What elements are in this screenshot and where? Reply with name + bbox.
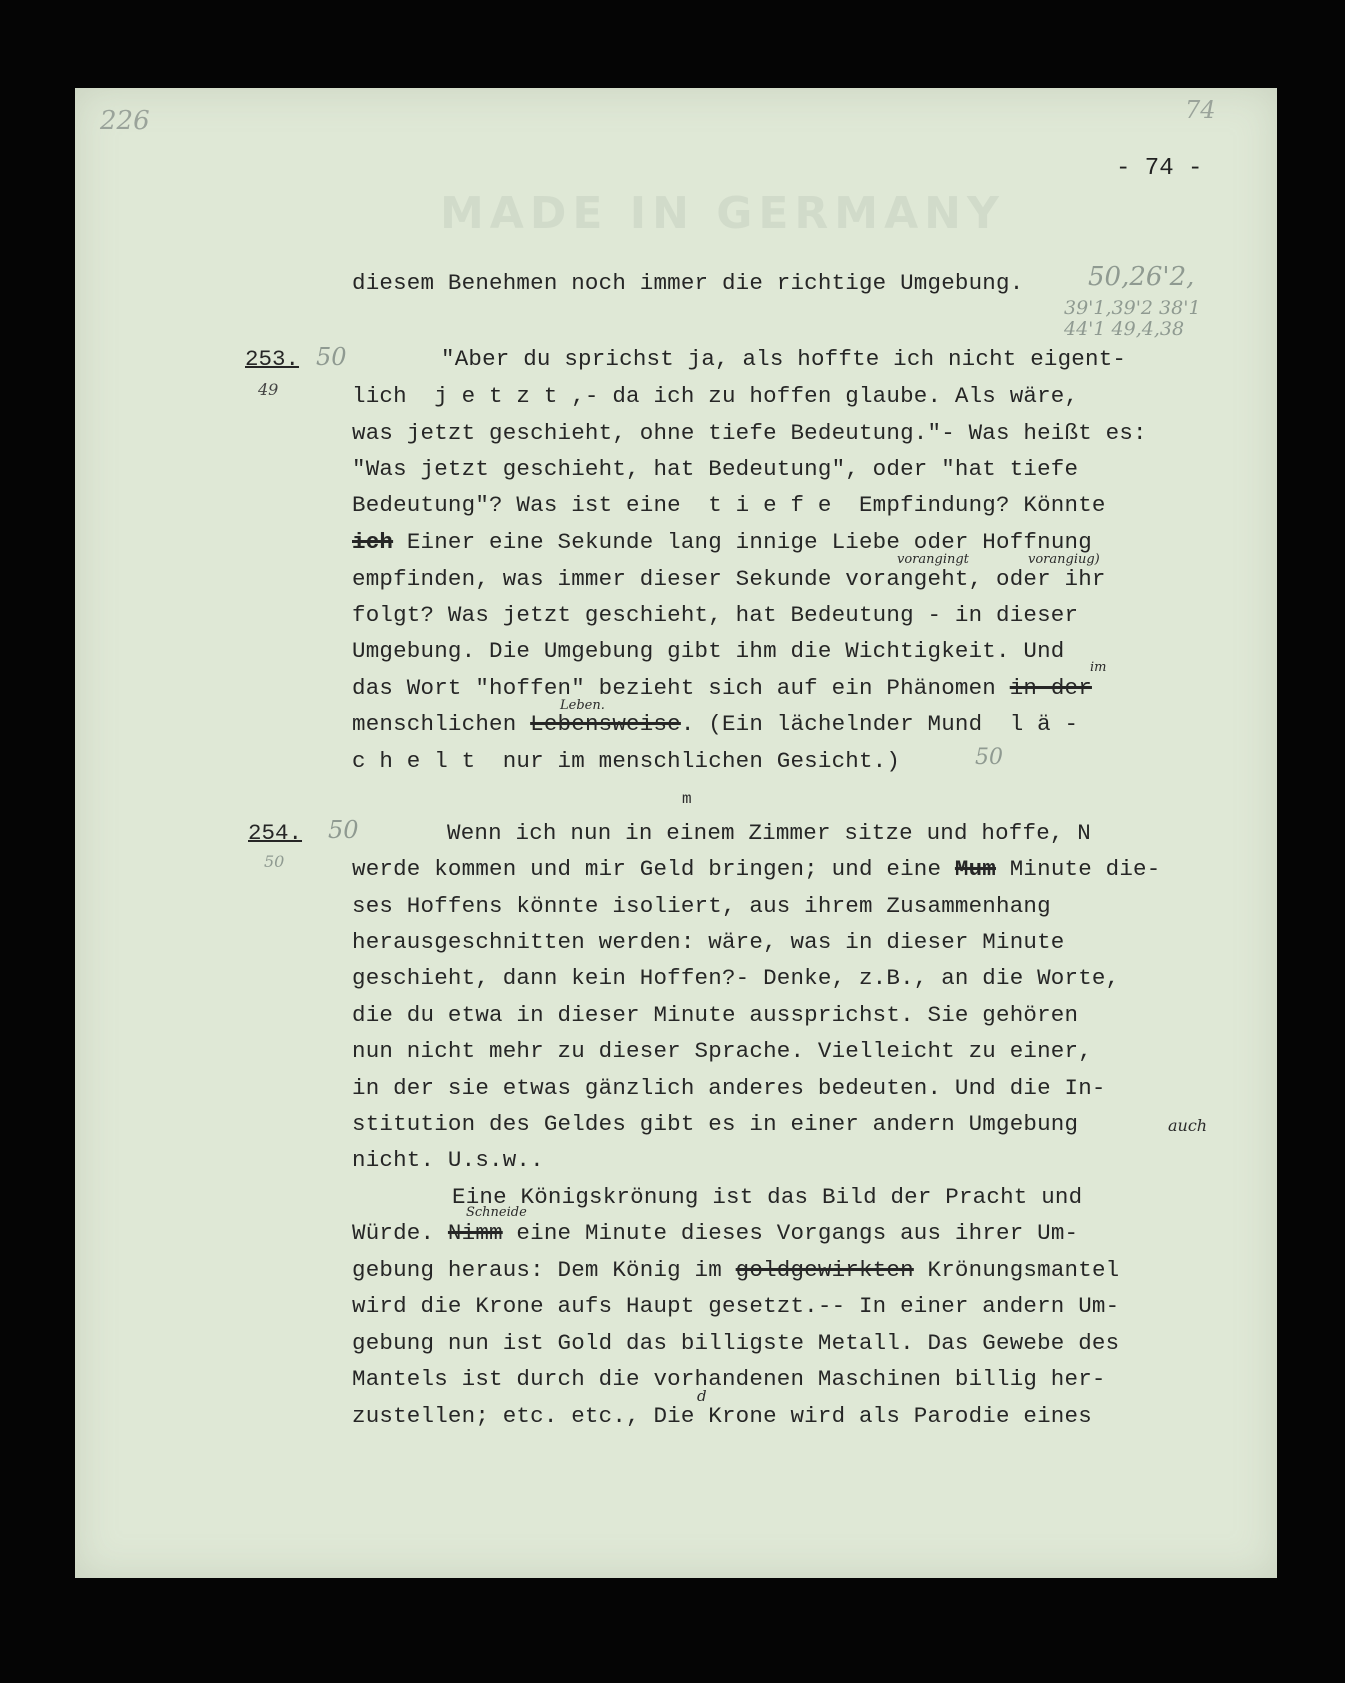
- text-line: stitution des Geldes gibt es in einer an…: [352, 1111, 1078, 1137]
- text-line: wird die Krone aufs Haupt gesetzt.-- In …: [352, 1293, 1119, 1319]
- text-line: Wenn ich nun in einem Zimmer sitze und h…: [447, 820, 1091, 846]
- text-line: ses Hoffens könnte isoliert, aus ihrem Z…: [352, 893, 1051, 919]
- text-line: Eine Königskrönung ist das Bild der Prac…: [452, 1184, 1082, 1210]
- text-line: nun nicht mehr zu dieser Sprache. Vielle…: [352, 1038, 1092, 1064]
- text-line: herausgeschnitten werden: wäre, was in d…: [352, 929, 1065, 955]
- text-line: lich j e t z t ,- da ich zu hoffen glaub…: [352, 383, 1078, 409]
- remark-pencil-mark: 50: [316, 343, 347, 371]
- text-line: Würde. Nimm eine Minute dieses Vorgangs …: [352, 1220, 1078, 1246]
- archive-number-left: 226: [100, 106, 150, 136]
- remark-sub-number: 49: [258, 380, 278, 399]
- text-line: c h e l t nur im menschlichen Gesicht.): [352, 748, 900, 774]
- text-line: die du etwa in dieser Minute aussprichst…: [352, 1002, 1078, 1028]
- text-line: geschieht, dann kein Hoffen?- Denke, z.B…: [352, 965, 1119, 991]
- remark-number-254: 254.: [248, 820, 302, 846]
- struck-word: ich: [352, 529, 393, 555]
- text-line: folgt? Was jetzt geschieht, hat Bedeutun…: [352, 602, 1078, 628]
- handwritten-insertion: vorangiug): [1028, 552, 1100, 567]
- handwritten-insertion: m: [682, 790, 692, 808]
- text-line: "Was jetzt geschieht, hat Bedeutung", od…: [352, 456, 1078, 482]
- text-line: ich Einer eine Sekunde lang innige Liebe…: [352, 529, 1092, 555]
- text-line: diesem Benehmen noch immer die richtige …: [352, 270, 1023, 296]
- archive-number-right: 74: [1185, 96, 1216, 124]
- text-line: in der sie etwas gänzlich anderes bedeut…: [352, 1075, 1106, 1101]
- watermark-stamp: MADE IN GERMANY: [440, 188, 1005, 239]
- remark-pencil-mark: 50: [328, 816, 359, 844]
- handwritten-insertion: Schneide: [466, 1205, 527, 1220]
- text-line: zustellen; etc. etc., Die Krone wird als…: [352, 1403, 1092, 1429]
- remark-sub-number: 50: [264, 852, 284, 871]
- margin-note-line-1: 50,26'2,: [1088, 262, 1194, 292]
- text-line: gebung nun ist Gold das billigste Metall…: [352, 1330, 1119, 1356]
- text-line: empfinden, was immer dieser Sekunde vora…: [352, 566, 1106, 592]
- handwritten-insertion: auch: [1168, 1116, 1207, 1135]
- text-line: werde kommen und mir Geld bringen; und e…: [352, 856, 1160, 882]
- margin-note-line-2: 39'1,39'2 38'1: [1064, 297, 1201, 319]
- text-line: das Wort "hoffen" bezieht sich auf ein P…: [352, 675, 1092, 701]
- text-line: Mantels ist durch die vorhandenen Maschi…: [352, 1366, 1106, 1392]
- text-line: "Aber du sprichst ja, als hoffte ich nic…: [441, 346, 1126, 372]
- text-line: Umgebung. Die Umgebung gibt ihm die Wich…: [352, 638, 1065, 664]
- page-number: - 74 -: [1116, 155, 1202, 182]
- text-line: menschlichen Lebensweise. (Ein lächelnde…: [352, 711, 1078, 737]
- text-line: was jetzt geschieht, ohne tiefe Bedeutun…: [352, 420, 1147, 446]
- handwritten-insertion: im: [1090, 660, 1107, 675]
- text-line: nicht. U.s.w..: [352, 1147, 544, 1173]
- text-line: gebung heraus: Dem König im goldgewirkte…: [352, 1257, 1119, 1283]
- text-line: Bedeutung"? Was ist eine t i e f e Empfi…: [352, 492, 1106, 518]
- pencil-mark: 50: [975, 745, 1003, 770]
- remark-number-253: 253.: [245, 346, 299, 372]
- margin-note-line-3: 44'1 49,4,38: [1064, 318, 1184, 340]
- handwritten-struck-insertion: vorangingt: [897, 552, 969, 567]
